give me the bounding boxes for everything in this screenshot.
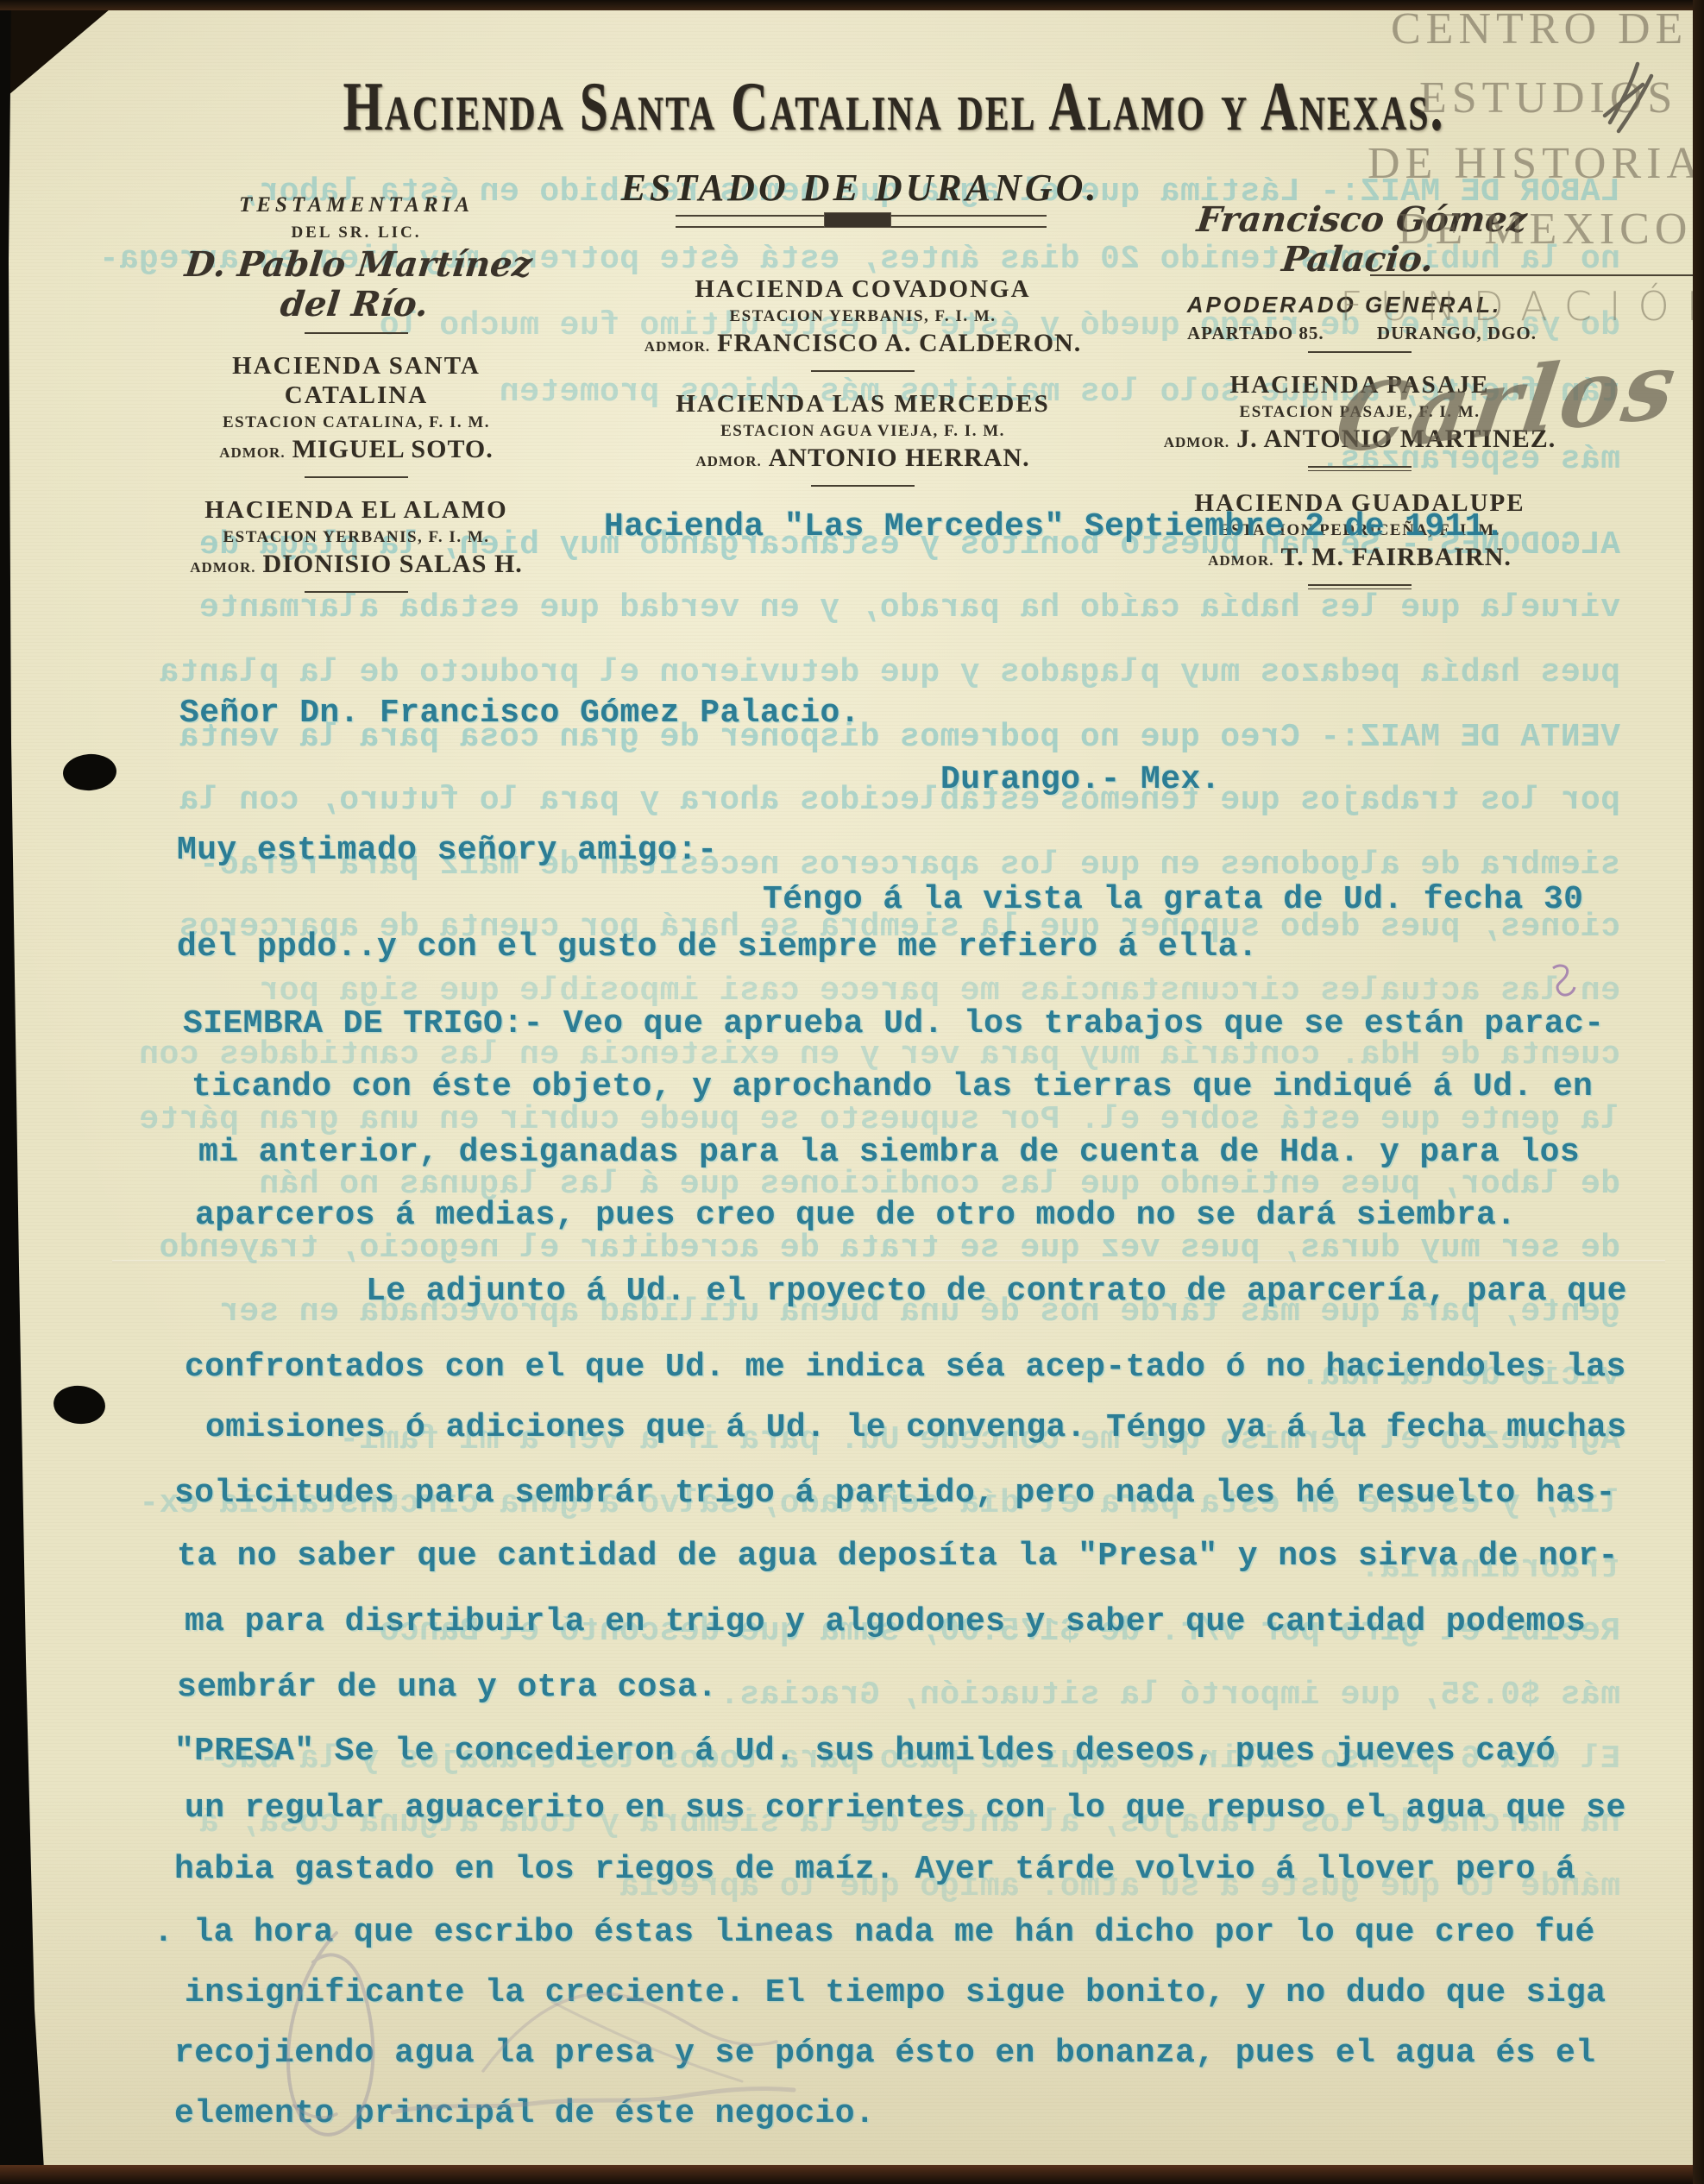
scan-edge-right [1693, 0, 1704, 2184]
watermark-line: DE HISTORIA [1368, 142, 1704, 186]
letter-line: aparceros á medias, pues creo que de otr… [195, 1196, 1516, 1236]
letter-line: Muy estimado señory amigo:- [177, 831, 718, 871]
hacienda-block: HACIENDA EL ALAMO ESTACION YERBANIS, F. … [158, 495, 555, 593]
letter-line: Hacienda "Las Mercedes" Septiembre 2 de … [604, 507, 1505, 547]
admor-name: ANTONIO HERRAN. [769, 444, 1030, 472]
admor-name: FRANCISCO A. CALDERON. [717, 329, 1081, 357]
scan-edge-corner [0, 0, 129, 104]
hacienda-name: HACIENDA COVADONGA [621, 274, 1104, 304]
hacienda-block: HACIENDA COVADONGA ESTACION YERBANIS, F.… [621, 274, 1104, 372]
letterhead-title: Hacienda Santa Catalina del Alamo y Anex… [343, 72, 1445, 142]
hacienda-admor: ADMOR.MIGUEL SOTO. [158, 434, 555, 469]
hacienda-station: ESTACION CATALINA, F. I. M. [158, 412, 555, 434]
admor-label: ADMOR. [190, 559, 255, 576]
letter-scan-page: LABOR DE MAIZ:- Lástima que el agua que … [0, 0, 1704, 2184]
apoderado-rule [1370, 274, 1700, 276]
scan-edge-bottom [0, 2165, 1704, 2184]
letter-line: Durango.- Mex. [940, 760, 1221, 800]
punch-hole [52, 1383, 107, 1426]
divider-rule [305, 476, 408, 478]
letter-line: insignificante la creciente. El tiempo s… [185, 1973, 1606, 2013]
letter-line: mi anterior, desiganadas para la siembra… [198, 1133, 1580, 1173]
admor-label: ADMOR. [219, 444, 285, 461]
hacienda-name: HACIENDA SANTA CATALINA [158, 351, 555, 410]
del-sr-lic-label: DEL SR. LIC. [158, 221, 555, 245]
letter-line: omisiones ó adiciones que á Ud. le conve… [205, 1408, 1626, 1448]
admor-name: MIGUEL SOTO. [292, 435, 494, 463]
scan-edge-top [0, 0, 1704, 10]
divider-rule [1308, 351, 1412, 353]
letter-line: Señor Dn. Francisco Gómez Palacio. [179, 694, 860, 733]
letterhead-ornament-rule [676, 215, 1047, 228]
divider-rule [811, 485, 915, 487]
divider-rule [1308, 584, 1412, 589]
bleedthrough-line: por los trabajos que tenemos establecido… [102, 781, 1620, 821]
testamentaria-label: TESTAMENTARIA [158, 192, 555, 219]
letter-line: recojiendo agua la presa y se pónga ésto… [174, 2034, 1595, 2074]
scan-edge-left [0, 0, 45, 2184]
admor-label: ADMOR. [695, 453, 761, 469]
divider-rule [305, 332, 408, 334]
letter-line: ticando con éste objeto, y aprochando la… [192, 1067, 1593, 1107]
letter-line: un regular aguacerito en sus corrientes … [185, 1789, 1626, 1828]
hacienda-block: HACIENDA SANTA CATALINA ESTACION CATALIN… [158, 351, 555, 478]
letter-line: del ppdo..y con el gusto de siempre me r… [177, 928, 1258, 967]
letter-line: solicitudes para sembrár trigo á partido… [174, 1474, 1616, 1514]
hacienda-name: HACIENDA EL ALAMO [158, 495, 555, 525]
hacienda-station: ESTACION AGUA VIEJA, F. I. M. [621, 420, 1104, 443]
watermark-foundation: FUNDACIÓN [1340, 286, 1704, 326]
testator-name: D. Pablo Martínez del Río. [154, 245, 559, 324]
admor-label: ADMOR. [1208, 552, 1273, 569]
letter-line: "PRESA" Se le concedieron á Ud. sus humi… [174, 1732, 1556, 1772]
hacienda-block: HACIENDA LAS MERCEDES ESTACION AGUA VIEJ… [621, 389, 1104, 487]
letter-line: habia gastado en los riegos de maíz. Aye… [174, 1850, 1575, 1890]
hacienda-admor: ADMOR.ANTONIO HERRAN. [621, 443, 1104, 477]
letter-line: confrontados con el que Ud. me indica sé… [185, 1348, 1626, 1388]
letterhead-left-column: TESTAMENTARIA DEL SR. LIC. D. Pablo Mart… [158, 192, 555, 610]
hacienda-admor: ADMOR.FRANCISCO A. CALDERON. [621, 328, 1104, 362]
hacienda-station: ESTACION YERBANIS, F. I. M. [621, 305, 1104, 328]
watermark-line: DE MEXICO [1398, 207, 1692, 252]
hacienda-admor: ADMOR.DIONISIO SALAS H. [158, 549, 555, 583]
letter-line: Téngo á la vista la grata de Ud. fecha 3… [763, 880, 1583, 920]
apartado-number: APARTADO 85. [1187, 323, 1324, 343]
letterhead-center-column: HACIENDA COVADONGA ESTACION YERBANIS, F.… [621, 274, 1104, 504]
divider-rule [305, 591, 408, 593]
letter-line: ta no saber que cantidad de agua deposít… [177, 1537, 1619, 1577]
letter-line: sembrár de una y otra cosa. [177, 1668, 718, 1708]
watermark-line: ESTUDIOS [1419, 76, 1677, 121]
letter-line: SIEMBRA DE TRIGO:- Veo que aprueba Ud. l… [183, 1004, 1604, 1044]
bleedthrough-line: pues había pedazos muy plagados y que de… [102, 653, 1620, 693]
letterhead-subtitle: ESTADO DE DURANGO. [621, 169, 1100, 207]
divider-rule [811, 370, 915, 372]
letter-line: Le adjunto á Ud. el rpoyecto de contrato… [366, 1272, 1627, 1312]
letter-line: elemento principál de éste negocio. [174, 2094, 875, 2134]
admor-label: ADMOR. [1164, 434, 1229, 450]
letter-line: . la hora que escribo éstas lineas nada … [154, 1913, 1595, 1953]
hacienda-admor: ADMOR.T. M. FAIRBAIRN. [1135, 542, 1584, 576]
watermark-line: CENTRO DE [1391, 7, 1688, 52]
hacienda-station: ESTACION YERBANIS, F. I. M. [158, 526, 555, 549]
letter-line: ma para disrtibuirla en trigo y algodone… [185, 1602, 1586, 1642]
admor-name: DIONISIO SALAS H. [263, 550, 523, 578]
ornament-block [824, 212, 891, 228]
hacienda-name: HACIENDA LAS MERCEDES [621, 389, 1104, 419]
admor-label: ADMOR. [645, 338, 710, 355]
